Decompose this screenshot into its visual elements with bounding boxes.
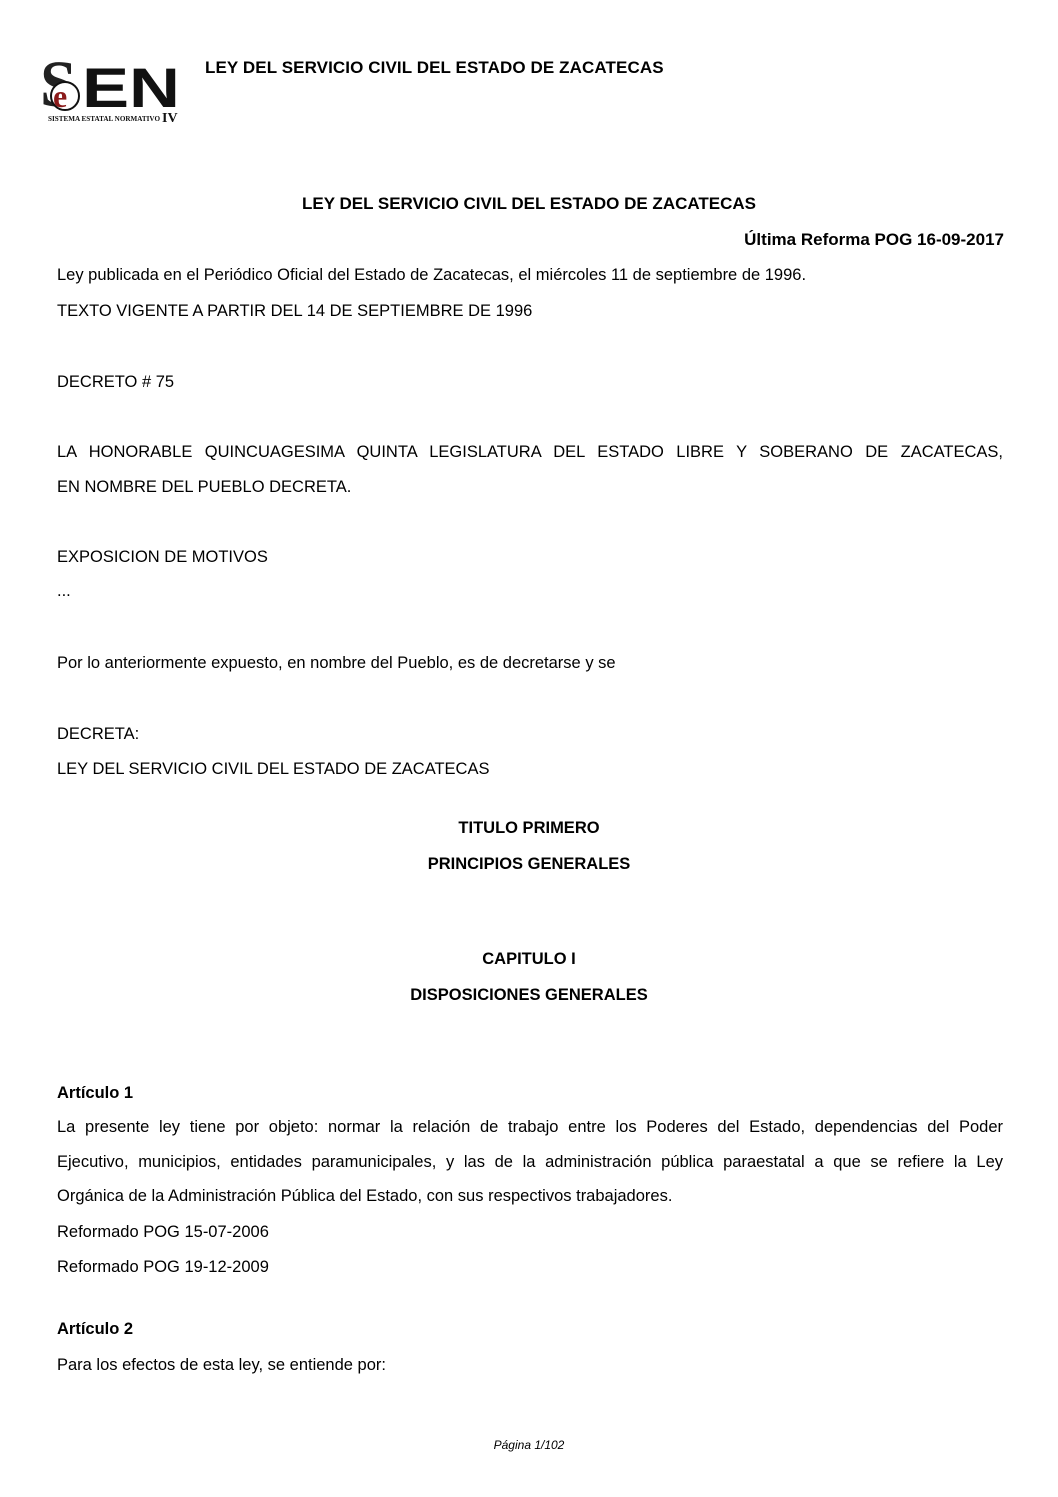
article-2-line-1: Para los efectos de esta ley, se entiend… [57, 1355, 386, 1375]
chapter-subheading: DISPOSICIONES GENERALES [0, 986, 1058, 1005]
article-1-line-3: Orgánica de la Administración Pública de… [57, 1179, 1003, 1214]
article-1-heading: Artículo 1 [57, 1083, 133, 1103]
title-subheading: PRINCIPIOS GENERALES [0, 855, 1058, 874]
article-1-line-2: Ejecutivo, municipios, entidades paramun… [57, 1145, 1003, 1180]
publication-note: Ley publicada en el Periódico Oficial de… [57, 265, 806, 285]
article-1-reform-2: Reformado POG 19-12-2009 [57, 1257, 269, 1277]
article-1-body: La presente ley tiene por objeto: normar… [57, 1110, 1003, 1214]
svg-text:SISTEMA ESTATAL NORMATIVO: SISTEMA ESTATAL NORMATIVO [48, 114, 160, 123]
article-1-reform-1: Reformado POG 15-07-2006 [57, 1222, 269, 1242]
motives-heading: EXPOSICION DE MOTIVOS [57, 547, 268, 567]
svg-text:EN: EN [82, 56, 180, 119]
svg-text:e: e [53, 78, 67, 114]
effective-text: TEXTO VIGENTE A PARTIR DEL 14 DE SEPTIEM… [57, 301, 532, 321]
header-title: LEY DEL SERVICIO CIVIL DEL ESTADO DE ZAC… [205, 58, 664, 78]
legislature-line-2: EN NOMBRE DEL PUEBLO DECRETA. [57, 477, 351, 497]
article-2-heading: Artículo 2 [57, 1319, 133, 1339]
decreta-label: DECRETA: [57, 724, 139, 744]
chapter-heading: CAPITULO I [0, 950, 1058, 969]
sen-logo: S e EN SISTEMA ESTATAL NORMATIVO IV [38, 50, 188, 125]
motives-ellipsis: ... [57, 581, 71, 601]
decree-number: DECRETO # 75 [57, 372, 174, 392]
preamble: Por lo anteriormente expuesto, en nombre… [57, 653, 616, 673]
law-name: LEY DEL SERVICIO CIVIL DEL ESTADO DE ZAC… [57, 759, 490, 779]
svg-text:IV: IV [162, 111, 178, 125]
page-number: Página 1/102 [0, 1438, 1058, 1452]
legislature-line-1: LA HONORABLE QUINCUAGESIMA QUINTA LEGISL… [57, 442, 1003, 462]
last-reform-date: Última Reforma POG 16-09-2017 [744, 230, 1004, 250]
title-heading: TITULO PRIMERO [0, 819, 1058, 838]
sen-logo-graphic: S e EN SISTEMA ESTATAL NORMATIVO IV [38, 50, 188, 125]
document-title: LEY DEL SERVICIO CIVIL DEL ESTADO DE ZAC… [0, 194, 1058, 214]
article-1-line-1: La presente ley tiene por objeto: normar… [57, 1110, 1003, 1145]
